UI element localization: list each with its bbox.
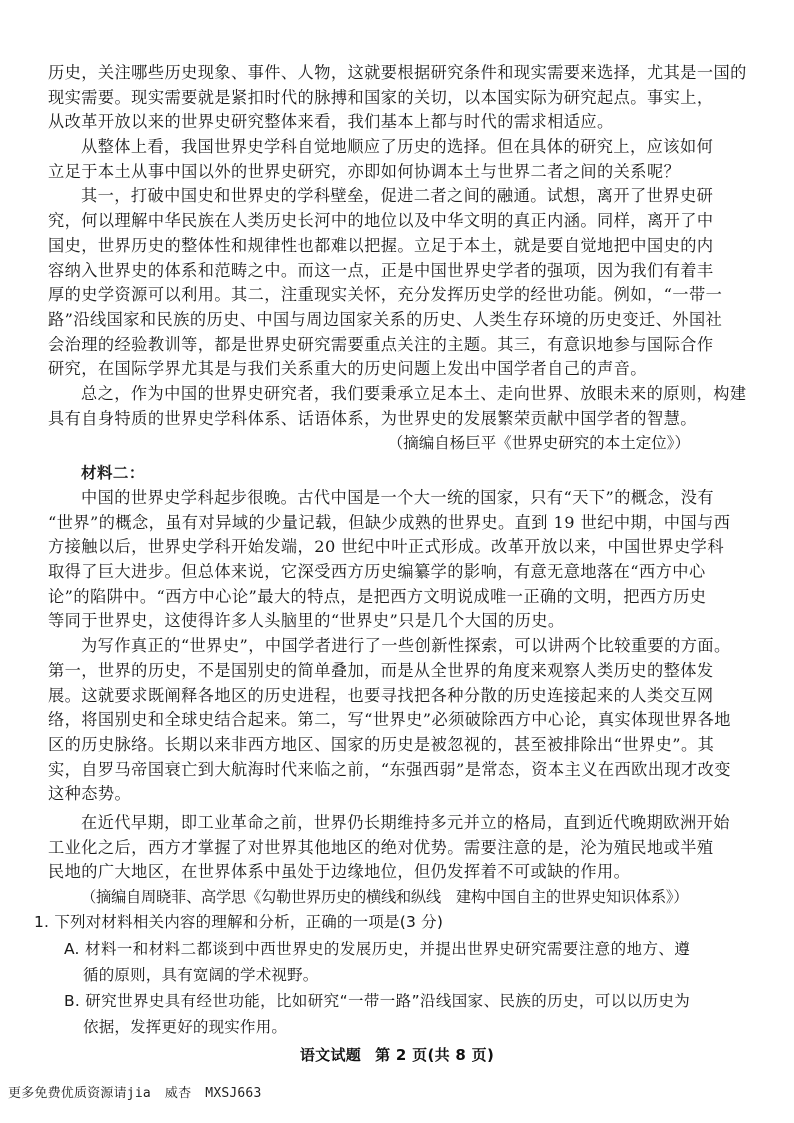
text-line: 具有自身特质的世界史学科体系、话语体系，为世界史的发展繁荣贡献中国学者的智慧。 bbox=[48, 407, 690, 432]
material-two-heading: 材料二： bbox=[48, 460, 690, 486]
text-line: 从整体上看，我国世界史学科自觉地顺应了历史的选择。但在具体的研究上，应该如何 bbox=[48, 135, 690, 160]
text-line: 容纳入世界史的体系和范畴之中。而这一点，正是中国世界史学者的强项，因为我们有着丰 bbox=[48, 259, 690, 284]
text-line: 等同于世界史，这使得许多人头脑里的“世界史”只是几个大国的历史。 bbox=[48, 609, 690, 634]
text-line: 取得了巨大进步。但总体来说，它深受西方历史编纂学的影响，有意无意地落在“西方中心 bbox=[48, 560, 690, 585]
text-line: 方接触以后，世界史学科开始发端，20 世纪中叶正式形成。改革开放以来，中国世界史… bbox=[48, 535, 690, 560]
text-line: 厚的史学资源可以利用。其二，注重现实关怀，充分发挥历史学的经世功能。例如，“一带… bbox=[48, 283, 690, 308]
text-line: 这种态势。 bbox=[48, 782, 690, 807]
option-b-line-1: B. 研究世界史具有经世功能，比如研究“一带一路”沿线国家、民族的历史，可以以历… bbox=[48, 988, 690, 1014]
text-line: 中国的世界史学科起步很晚。古代中国是一个大一统的国家，只有“天下”的概念，没有 bbox=[48, 486, 690, 511]
watermark-message: 更多免费优质资源请jia bbox=[8, 1086, 151, 1101]
text-line: 究，何以理解中华民族在人类历史长河中的地位以及中华文明的真正内涵。同样，离开了中 bbox=[48, 209, 690, 234]
text-line: 研究，在国际学界尤其是与我们关系重大的历史问题上发出中国学者自己的声音。 bbox=[48, 357, 690, 382]
text-line: 会治理的经验教训等，都是世界史研究需要重点关注的主题。其三，有意识地参与国际合作 bbox=[48, 333, 690, 358]
text-line: 立足于本土从事中国以外的世界史研究，亦即如何协调本土与世界二者之间的关系呢？ bbox=[48, 160, 690, 185]
option-a-line-2: 循的原则，具有宽阔的学术视野。 bbox=[48, 962, 690, 988]
question-1: 1. 下列对材料相关内容的理解和分析，正确的一项是(3 分) A. 材料一和材料… bbox=[48, 910, 690, 1040]
text-line: 论”的陷阱中。“西方中心论”最大的特点，是把西方文明说成唯一正确的文明，把西方历… bbox=[48, 585, 690, 610]
text-line: 为写作真正的“世界史”，中国学者进行了一些创新性探索，可以讲两个比较重要的方面。 bbox=[48, 634, 690, 659]
footer-subject: 语文试题 bbox=[300, 1046, 361, 1064]
text-line: 其一，打破中国史和世界史的学科壁垒，促进二者之间的融通。试想，离开了世界史研 bbox=[48, 184, 690, 209]
question-stem: 1. 下列对材料相关内容的理解和分析，正确的一项是(3 分) bbox=[34, 910, 690, 936]
text-line: 展。这就要求既阐释各地区的历史进程，也要寻找把各种分散的历史连接起来的人类交互网 bbox=[48, 684, 690, 709]
option-b: B. 研究世界史具有经世功能，比如研究“一带一路”沿线国家、民族的历史，可以以历… bbox=[48, 988, 690, 1040]
text-line: 历史，关注哪些历史现象、事件、人物，这就要根据研究条件和现实需要来选择，尤其是一… bbox=[48, 61, 690, 86]
option-a: A. 材料一和材料二都谈到中西世界史的发展历史，并提出世界史研究需要注意的地方、… bbox=[48, 936, 690, 988]
text-line: 第一，世界的历史，不是国别史的简单叠加，而是从全世界的角度来观察人类历史的整体发 bbox=[48, 659, 690, 684]
text-line: “世界”的概念，虽有对异域的少量记载，但缺少成熟的世界史。直到 19 世纪中期，… bbox=[48, 511, 690, 536]
watermark-contact-name: 威杏 bbox=[165, 1086, 191, 1101]
material-one-section: 历史，关注哪些历史现象、事件、人物，这就要根据研究条件和现实需要来选择，尤其是一… bbox=[48, 61, 690, 456]
material-two-section: 材料二： 中国的世界史学科起步很晚。古代中国是一个大一统的国家，只有“天下”的概… bbox=[48, 460, 690, 910]
option-b-line-2: 依据，发挥更好的现实作用。 bbox=[48, 1014, 690, 1040]
text-line: 络，将国别史和全球史结合起来。第二，写“世界史”必须破除西方中心论，真实体现世界… bbox=[48, 708, 690, 733]
option-a-line-1: A. 材料一和材料二都谈到中西世界史的发展历史，并提出世界史研究需要注意的地方、… bbox=[48, 936, 690, 962]
text-line: 在近代早期，即工业革命之前，世界仍长期维持多元并立的格局，直到近代晚期欧洲开始 bbox=[48, 811, 690, 836]
text-line: 区的历史脉络。长期以来非西方地区、国家的历史是被忽视的，甚至被排除出“世界史”。… bbox=[48, 733, 690, 758]
exam-page: 历史，关注哪些历史现象、事件、人物，这就要根据研究条件和现实需要来选择，尤其是一… bbox=[48, 61, 690, 1040]
text-line: 国史，世界历史的整体性和规律性也都难以把握。立足于本土，就是要自觉地把中国史的内 bbox=[48, 234, 690, 259]
material-two-citation: （摘编自周晓菲、高学思《勾勒世界历史的横线和纵线 建构中国自主的世界史知识体系》… bbox=[48, 885, 690, 910]
text-line: 从改革开放以来的世界史研究整体来看，我们基本上都与时代的需求相适应。 bbox=[48, 110, 690, 135]
text-line: 实，自罗马帝国衰亡到大航海时代来临之前，“东强西弱”是常态，资本主义在西欧出现才… bbox=[48, 758, 690, 783]
page-footer: 语文试题第 2 页(共 8 页) bbox=[0, 1044, 794, 1065]
footer-page-number: 第 2 页(共 8 页) bbox=[375, 1046, 494, 1064]
text-line: 总之，作为中国的世界史研究者，我们要秉承立足本土、走向世界、放眼未来的原则，构建 bbox=[48, 382, 690, 407]
text-line: 现实需要。现实需要就是紧扣时代的脉搏和国家的关切，以本国实际为研究起点。事实上， bbox=[48, 86, 690, 111]
text-line: 路”沿线国家和民族的历史、中国与周边国家关系的历史、人类生存环境的历史变迁、外国… bbox=[48, 308, 690, 333]
text-line: 工业化之后，西方才掌握了对世界其他地区的绝对优势。需要注意的是，沦为殖民地或半殖 bbox=[48, 836, 690, 861]
watermark-contact-id: MXSJ663 bbox=[205, 1086, 261, 1101]
watermark-text: 更多免费优质资源请jia威杏MXSJ663 bbox=[8, 1082, 261, 1101]
material-one-citation: （摘编自杨巨平《世界史研究的本土定位》） bbox=[48, 431, 690, 456]
text-line: 民地的广大地区，在世界体系中虽处于边缘地位，但仍发挥着不可或缺的作用。 bbox=[48, 860, 690, 885]
